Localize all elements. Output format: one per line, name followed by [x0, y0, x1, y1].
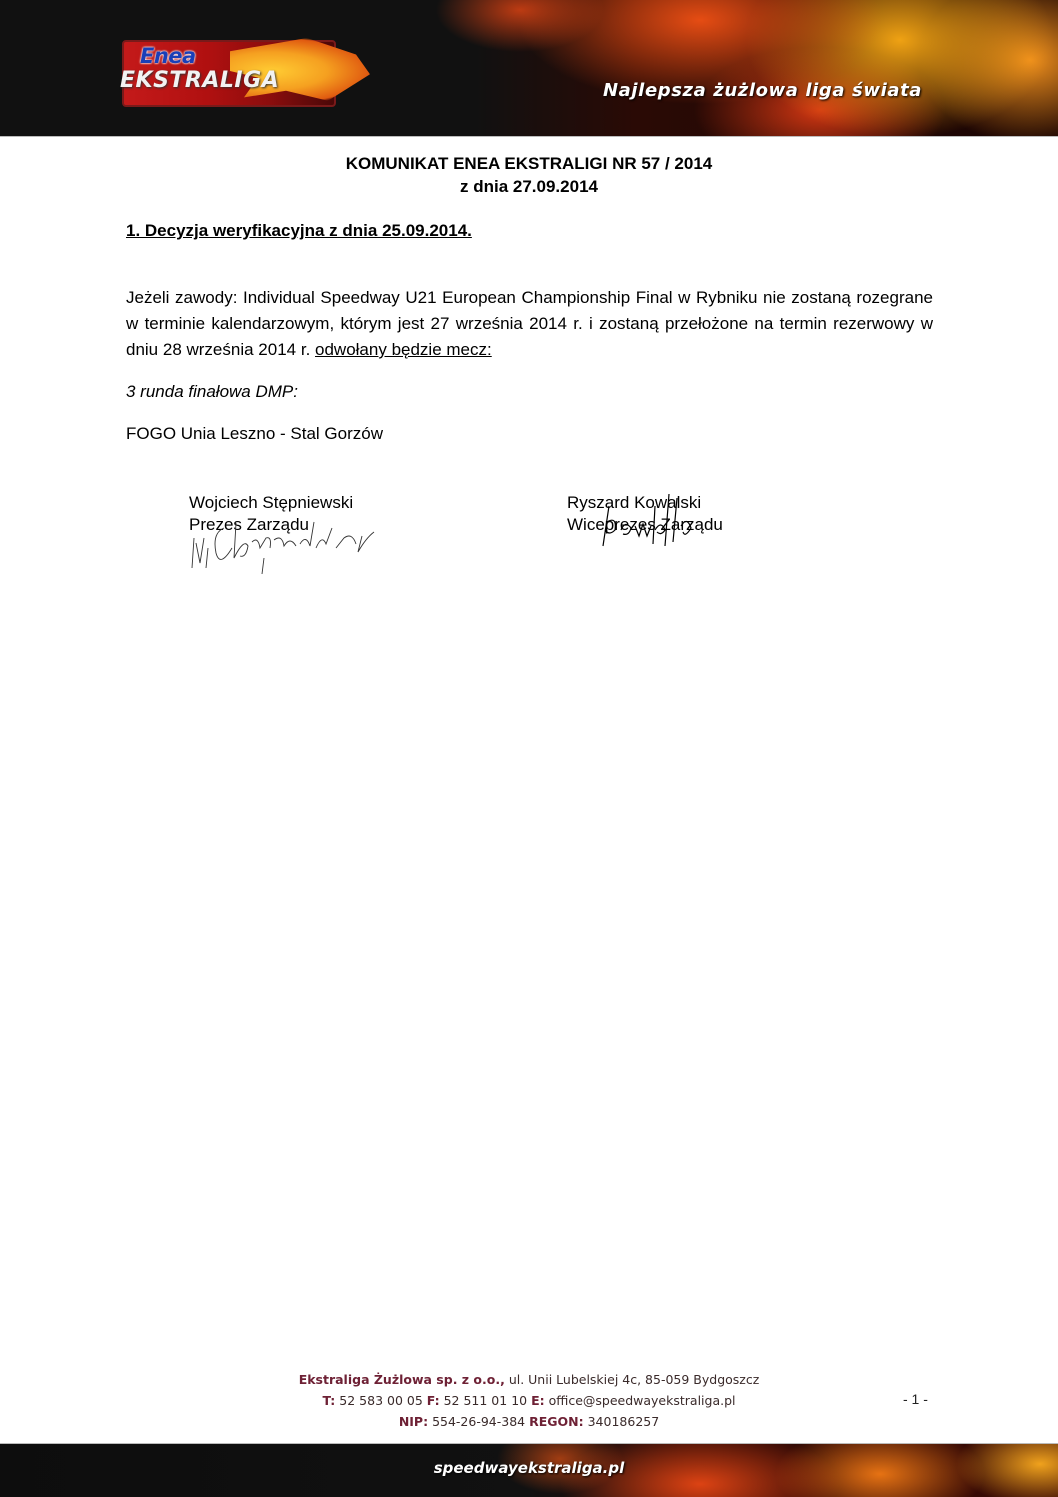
footer-registry-line: NIP: 554-26-94-384 REGON: 340186257	[0, 1411, 1058, 1432]
logo-ekstraliga-text: EKSTRALIGA	[120, 68, 279, 93]
footer-website-link[interactable]: speedwayekstraliga.pl	[0, 1459, 1058, 1477]
footer-regon: 340186257	[584, 1414, 660, 1429]
document-date: z dnia 27.09.2014	[0, 175, 1058, 198]
handwritten-signature-icon	[186, 508, 386, 578]
footer-nip-label: NIP:	[399, 1414, 428, 1429]
handwritten-signature-icon	[595, 486, 705, 556]
round-label: 3 runda finałowa DMP:	[126, 382, 298, 402]
main-paragraph-text: Jeżeli zawody: Individual Speedway U21 E…	[126, 288, 933, 359]
footer-fax-label: F:	[427, 1393, 440, 1408]
logo-enea-text: Enea	[140, 44, 196, 68]
section-heading: 1. Decyzja weryfikacyjna z dnia 25.09.20…	[126, 221, 472, 241]
footer-nip: 554-26-94-384	[428, 1414, 529, 1429]
match-line: FOGO Unia Leszno - Stal Gorzów	[126, 424, 383, 444]
footer-company-line: Ekstraliga Żużlowa sp. z o.o., ul. Unii …	[0, 1369, 1058, 1390]
footer-phone: 52 583 00 05	[335, 1393, 426, 1408]
footer-email[interactable]: office@speedwayekstraliga.pl	[545, 1393, 736, 1408]
document-title: KOMUNIKAT ENEA EKSTRALIGI NR 57 / 2014	[0, 152, 1058, 175]
footer-address: ul. Unii Lubelskiej 4c, 85-059 Bydgoszcz	[505, 1372, 759, 1387]
main-paragraph-underlined: odwołany będzie mecz:	[315, 340, 492, 359]
footer-regon-label: REGON:	[529, 1414, 584, 1429]
footer-email-label: E:	[531, 1393, 545, 1408]
header-tagline: Najlepsza żużlowa liga świata	[603, 80, 922, 101]
footer-contact-line: T: 52 583 00 05 F: 52 511 01 10 E: offic…	[0, 1390, 1058, 1411]
footer-phone-label: T:	[322, 1393, 335, 1408]
footer-fax: 52 511 01 10	[440, 1393, 531, 1408]
main-paragraph: Jeżeli zawody: Individual Speedway U21 E…	[126, 285, 933, 363]
page-number: - 1 -	[903, 1391, 928, 1407]
footer-company: Ekstraliga Żużlowa sp. z o.o.,	[299, 1372, 505, 1387]
